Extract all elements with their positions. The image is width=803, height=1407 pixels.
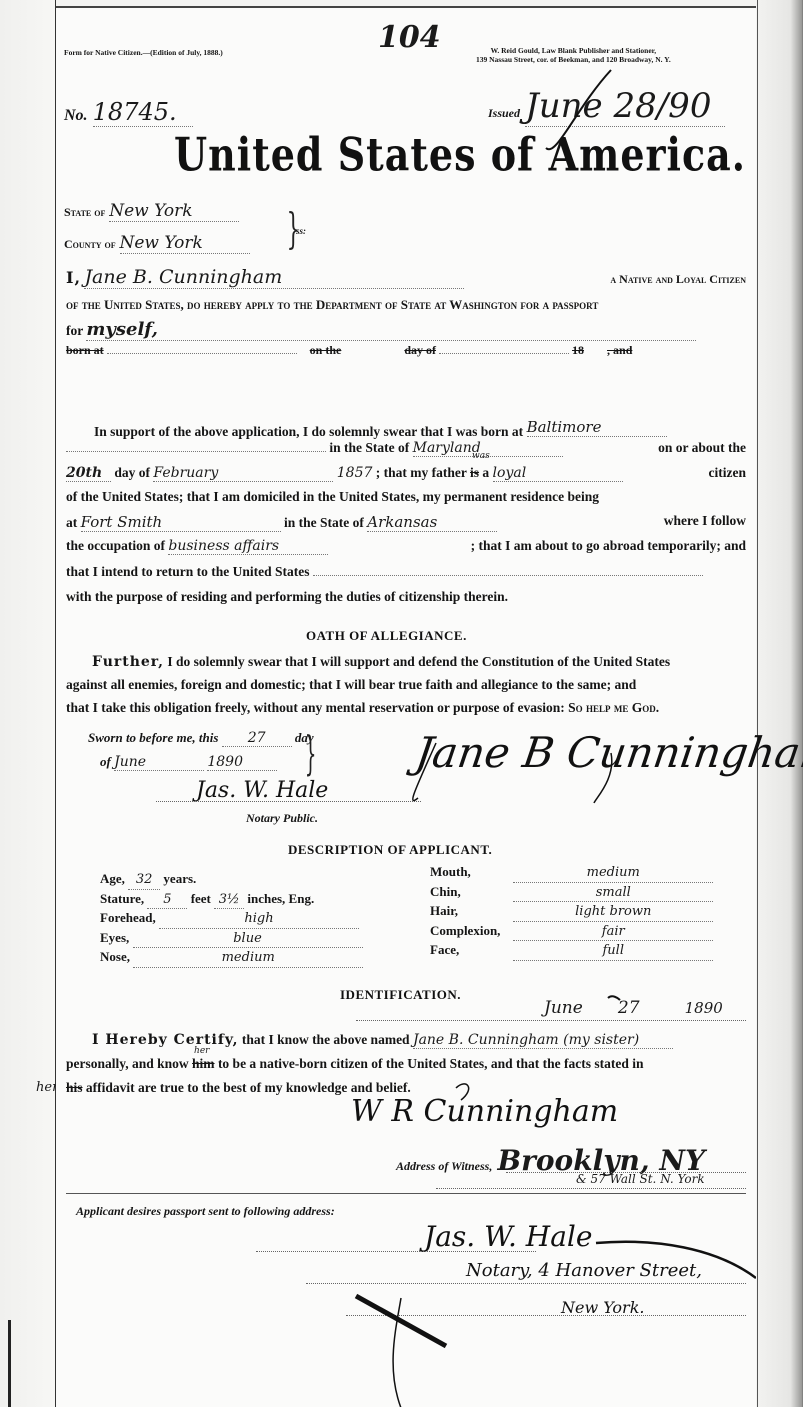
- left-margin: [0, 0, 56, 1407]
- passport-application-form: Form for Native Citizen.—(Edition of Jul…: [56, 6, 756, 1407]
- left-edge-mark: [8, 1320, 11, 1407]
- margin-note: her: [36, 1080, 58, 1095]
- right-margin: [757, 0, 803, 1407]
- pen-flourishes: [56, 8, 756, 1407]
